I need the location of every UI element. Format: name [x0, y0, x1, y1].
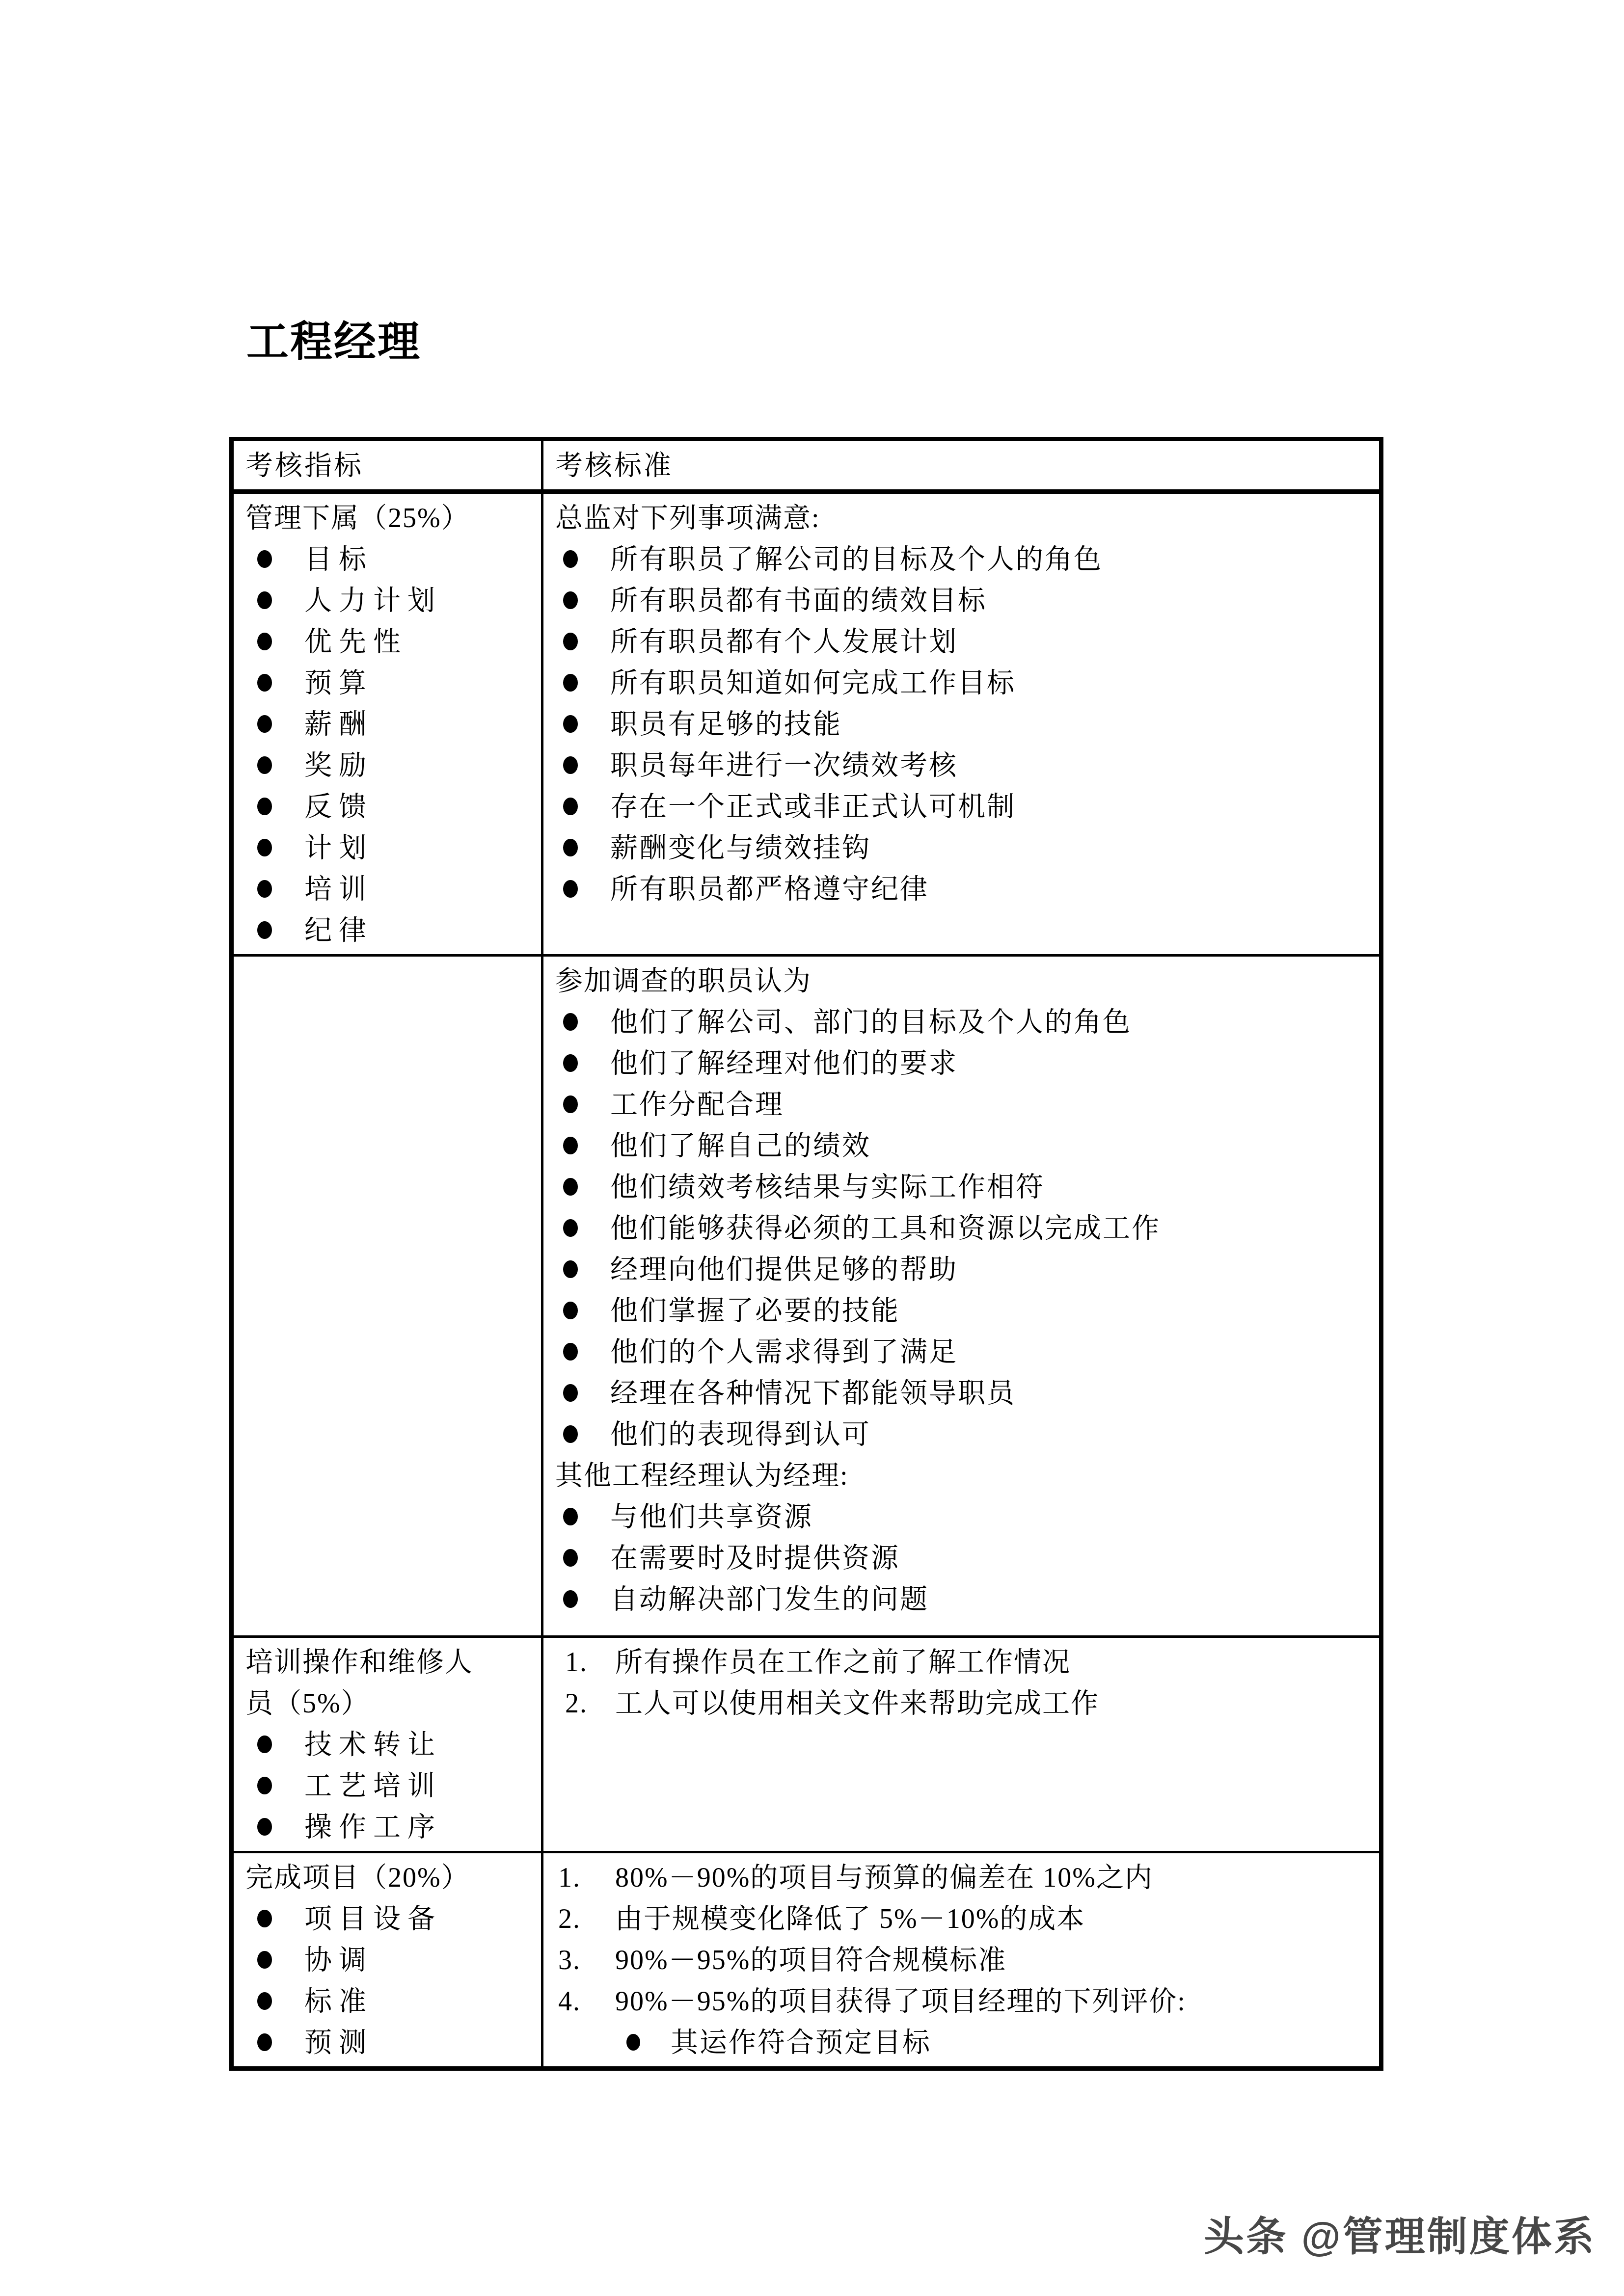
indicator-title: 培训操作和维修人员（5%） — [245, 1642, 491, 1724]
standard-numbered-item: 工人可以使用相关文件来帮助完成工作 — [555, 1683, 1370, 1724]
standard-bullet-item: 他们的个人需求得到了满足 — [555, 1332, 1370, 1373]
standard-bullet-item: 他们了解自己的绩效 — [555, 1125, 1370, 1167]
table-header-row: 考核指标 考核标准 — [232, 439, 1381, 492]
indicator-bullet-item: 薪酬 — [245, 704, 532, 745]
indicator-bullet-item: 目标 — [245, 539, 532, 580]
standard-numbered-list: 80%－90%的项目与预算的偏差在 10%之内由于规模变化降低了 5%－10%的… — [555, 1857, 1370, 2022]
standard-bullet-item: 他们掌握了必要的技能 — [555, 1290, 1370, 1332]
indicator-cell: 培训操作和维修人员（5%） 技术转让工艺培训操作工序 — [232, 1637, 542, 1852]
indicator-bullet-item: 计划 — [245, 828, 532, 869]
row-complete-projects: 完成项目（20%） 项目设备协调标准预测 80%－90%的项目与预算的偏差在 1… — [232, 1852, 1381, 2069]
row-staff-survey: 参加调查的职员认为 他们了解公司、部门的目标及个人的角色他们了解经理对他们的要求… — [232, 956, 1381, 1637]
standard-bullet-item: 他们了解经理对他们的要求 — [555, 1043, 1370, 1084]
indicator-bullet-item: 标准 — [245, 1981, 532, 2022]
standard-bullet-item: 自动解决部门发生的问题 — [555, 1579, 1370, 1620]
indicator-bullet-item: 协调 — [245, 1940, 532, 1981]
standard-bullet-item: 与他们共享资源 — [555, 1496, 1370, 1538]
standard-numbered-list: 所有操作员在工作之前了解工作情况工人可以使用相关文件来帮助完成工作 — [555, 1642, 1370, 1724]
indicator-cell: 管理下属（25%） 目标人力计划优先性预算薪酬奖励反馈计划培训纪律 — [232, 492, 542, 956]
standard-bullet-item: 经理在各种情况下都能领导职员 — [555, 1373, 1370, 1414]
indicator-bullet-item: 培训 — [245, 869, 532, 910]
standard-bullet-item: 所有职员都有书面的绩效目标 — [555, 580, 1370, 621]
indicator-bullet-list: 技术转让工艺培训操作工序 — [245, 1724, 532, 1848]
standard-bullet-item: 薪酬变化与绩效挂钩 — [555, 828, 1370, 869]
standard-bullet-item: 职员有足够的技能 — [555, 704, 1370, 745]
standard-numbered-item: 所有操作员在工作之前了解工作情况 — [555, 1642, 1370, 1683]
standard-numbered-item: 90%－95%的项目获得了项目经理的下列评价: — [555, 1981, 1370, 2022]
indicator-bullet-item: 操作工序 — [245, 1807, 532, 1848]
standard-numbered-item: 90%－95%的项目符合规模标准 — [555, 1940, 1370, 1981]
indicator-bullet-item: 人力计划 — [245, 580, 532, 621]
row-training-operators: 培训操作和维修人员（5%） 技术转让工艺培训操作工序 所有操作员在工作之前了解工… — [232, 1637, 1381, 1852]
indicator-title: 完成项目（20%） — [245, 1857, 491, 1898]
standard-bullet-list: 所有职员了解公司的目标及个人的角色所有职员都有书面的绩效目标所有职员都有个人发展… — [555, 539, 1370, 910]
standard-intro: 参加调查的职员认为 — [555, 961, 1370, 1002]
document-page: 工程经理 考核指标 考核标准 管理下属（25%） 目标人力计划优先性预算薪酬奖励… — [0, 0, 1624, 2296]
standard-bullet-item: 他们了解公司、部门的目标及个人的角色 — [555, 1002, 1370, 1043]
standard-bullet-item: 所有职员知道如何完成工作目标 — [555, 663, 1370, 704]
standard-bullet-item: 所有职员都严格遵守纪律 — [555, 869, 1370, 910]
indicator-bullet-list: 目标人力计划优先性预算薪酬奖励反馈计划培训纪律 — [245, 539, 532, 951]
standard-bullet-item: 所有职员了解公司的目标及个人的角色 — [555, 539, 1370, 580]
indicator-cell — [232, 956, 542, 1637]
standard-bullet-item: 职员每年进行一次绩效考核 — [555, 745, 1370, 786]
standard-bullet-item: 他们的表现得到认可 — [555, 1414, 1370, 1455]
standard-bullet-item: 所有职员都有个人发展计划 — [555, 621, 1370, 663]
column-header-standard: 考核标准 — [542, 439, 1381, 492]
standard-bullet-item: 他们绩效考核结果与实际工作相符 — [555, 1167, 1370, 1208]
standard-bullet-list-2: 与他们共享资源在需要时及时提供资源自动解决部门发生的问题 — [555, 1496, 1370, 1620]
indicator-bullet-item: 奖励 — [245, 745, 532, 786]
standard-sub-bullet-item: 其运作符合预定目标 — [555, 2022, 1370, 2063]
standard-bullet-list: 他们了解公司、部门的目标及个人的角色他们了解经理对他们的要求工作分配合理他们了解… — [555, 1002, 1370, 1455]
standard-cell: 80%－90%的项目与预算的偏差在 10%之内由于规模变化降低了 5%－10%的… — [542, 1852, 1381, 2069]
standard-bullet-item: 存在一个正式或非正式认可机制 — [555, 786, 1370, 828]
page-title: 工程经理 — [246, 315, 421, 369]
indicator-bullet-item: 优先性 — [245, 621, 532, 663]
indicator-bullet-item: 工艺培训 — [245, 1765, 532, 1807]
indicator-cell: 完成项目（20%） 项目设备协调标准预测 — [232, 1852, 542, 2069]
toutiao-watermark: 头条 @管理制度体系 — [1204, 2205, 1596, 2262]
standard-cell: 参加调查的职员认为 他们了解公司、部门的目标及个人的角色他们了解经理对他们的要求… — [542, 956, 1381, 1637]
standard-numbered-item: 80%－90%的项目与预算的偏差在 10%之内 — [555, 1857, 1370, 1898]
standard-bullet-item: 他们能够获得必须的工具和资源以完成工作 — [555, 1208, 1370, 1249]
standard-intro: 总监对下列事项满意: — [555, 498, 1370, 539]
indicator-bullet-item: 纪律 — [245, 910, 532, 951]
indicator-bullet-item: 预测 — [245, 2022, 532, 2063]
standard-numbered-item: 由于规模变化降低了 5%－10%的成本 — [555, 1898, 1370, 1940]
column-header-indicator: 考核指标 — [232, 439, 542, 492]
indicator-bullet-item: 项目设备 — [245, 1898, 532, 1940]
indicator-title: 管理下属（25%） — [245, 498, 491, 539]
indicator-bullet-item: 技术转让 — [245, 1724, 532, 1765]
indicator-bullet-item: 预算 — [245, 663, 532, 704]
standard-cell: 总监对下列事项满意: 所有职员了解公司的目标及个人的角色所有职员都有书面的绩效目… — [542, 492, 1381, 956]
standard-bullet-item: 在需要时及时提供资源 — [555, 1538, 1370, 1579]
indicator-bullet-list: 项目设备协调标准预测 — [245, 1898, 532, 2063]
indicator-bullet-item: 反馈 — [245, 786, 532, 828]
standard-bullet-item: 工作分配合理 — [555, 1084, 1370, 1125]
standard-bullet-item: 经理向他们提供足够的帮助 — [555, 1249, 1370, 1290]
standard-sub-bullet-list: 其运作符合预定目标 — [555, 2022, 1370, 2063]
row-manage-subordinates: 管理下属（25%） 目标人力计划优先性预算薪酬奖励反馈计划培训纪律 总监对下列事… — [232, 492, 1381, 956]
standard-cell: 所有操作员在工作之前了解工作情况工人可以使用相关文件来帮助完成工作 — [542, 1637, 1381, 1852]
standard-intro-2: 其他工程经理认为经理: — [555, 1455, 1370, 1496]
assessment-table: 考核指标 考核标准 管理下属（25%） 目标人力计划优先性预算薪酬奖励反馈计划培… — [229, 437, 1383, 2071]
